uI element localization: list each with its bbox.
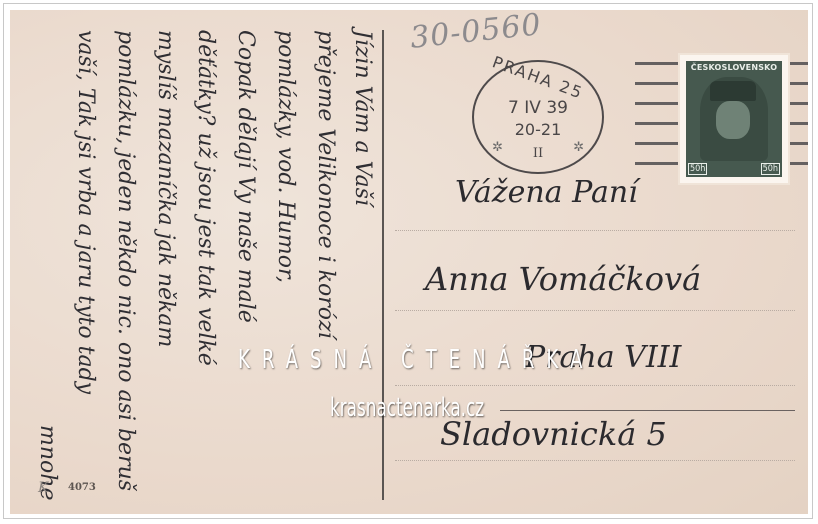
address-dotted-line — [395, 310, 795, 311]
address-solid-line — [500, 410, 795, 411]
message-line: pomlázky, vod. Humor, — [273, 30, 298, 283]
center-divider — [382, 30, 384, 500]
handwritten-message: Jízin Vám a Vaší přejeme Velikonoce i ko… — [20, 30, 380, 500]
address-dotted-line — [395, 460, 795, 461]
message-line: Jízin Vám a Vaší — [350, 30, 375, 206]
stamp-value-left: 50h — [688, 163, 707, 175]
postage-stamp: ČESKOSLOVENSKO 50h 50h — [680, 55, 788, 183]
stamp-country: ČESKOSLOVENSKO — [686, 63, 782, 72]
address-dotted-line — [395, 385, 795, 386]
stamp-value-right: 50h — [761, 163, 780, 175]
address-line-salutation: Vážena Paní — [455, 175, 638, 210]
address-line-name: Anna Vomáčková — [425, 260, 701, 298]
message-line: děťátky? už jsou jest tak velké — [193, 30, 218, 366]
postcard: 30-0560 Jízin Vám a Vaší přejeme Velikon… — [10, 10, 808, 514]
watermark-url: krasnactenarka.cz — [330, 393, 484, 423]
postmark: PRAHA 25 7 IV 39 20-21 ✲ ✲ II — [472, 60, 604, 174]
pencil-catalog-note: 30-0560 — [409, 10, 544, 56]
message-line: vaší, Tak jsi vrba a jaru tyto tady — [73, 30, 98, 394]
stamp-cap — [710, 81, 756, 101]
message-line: pomlázku, jeden někdo nic. ono asi beruš — [113, 30, 138, 491]
message-line: myslíš mazaníčka jak někam — [153, 30, 178, 347]
printer-number: 4073 — [68, 482, 96, 493]
postmark-office-number: II — [474, 146, 602, 161]
address-dotted-line — [395, 230, 795, 231]
postmark-time: 20-21 — [474, 120, 602, 139]
stamp-face — [716, 101, 750, 139]
message-line: Copak dělají Vy naše malé — [233, 30, 258, 323]
printer-logo: K — [38, 480, 48, 496]
postmark-date: 7 IV 39 — [474, 98, 602, 118]
watermark-title: KRÁSNÁ ČTENÁŘKA — [238, 345, 594, 375]
message-line: přejeme Velikonoce i korózí — [313, 30, 338, 339]
